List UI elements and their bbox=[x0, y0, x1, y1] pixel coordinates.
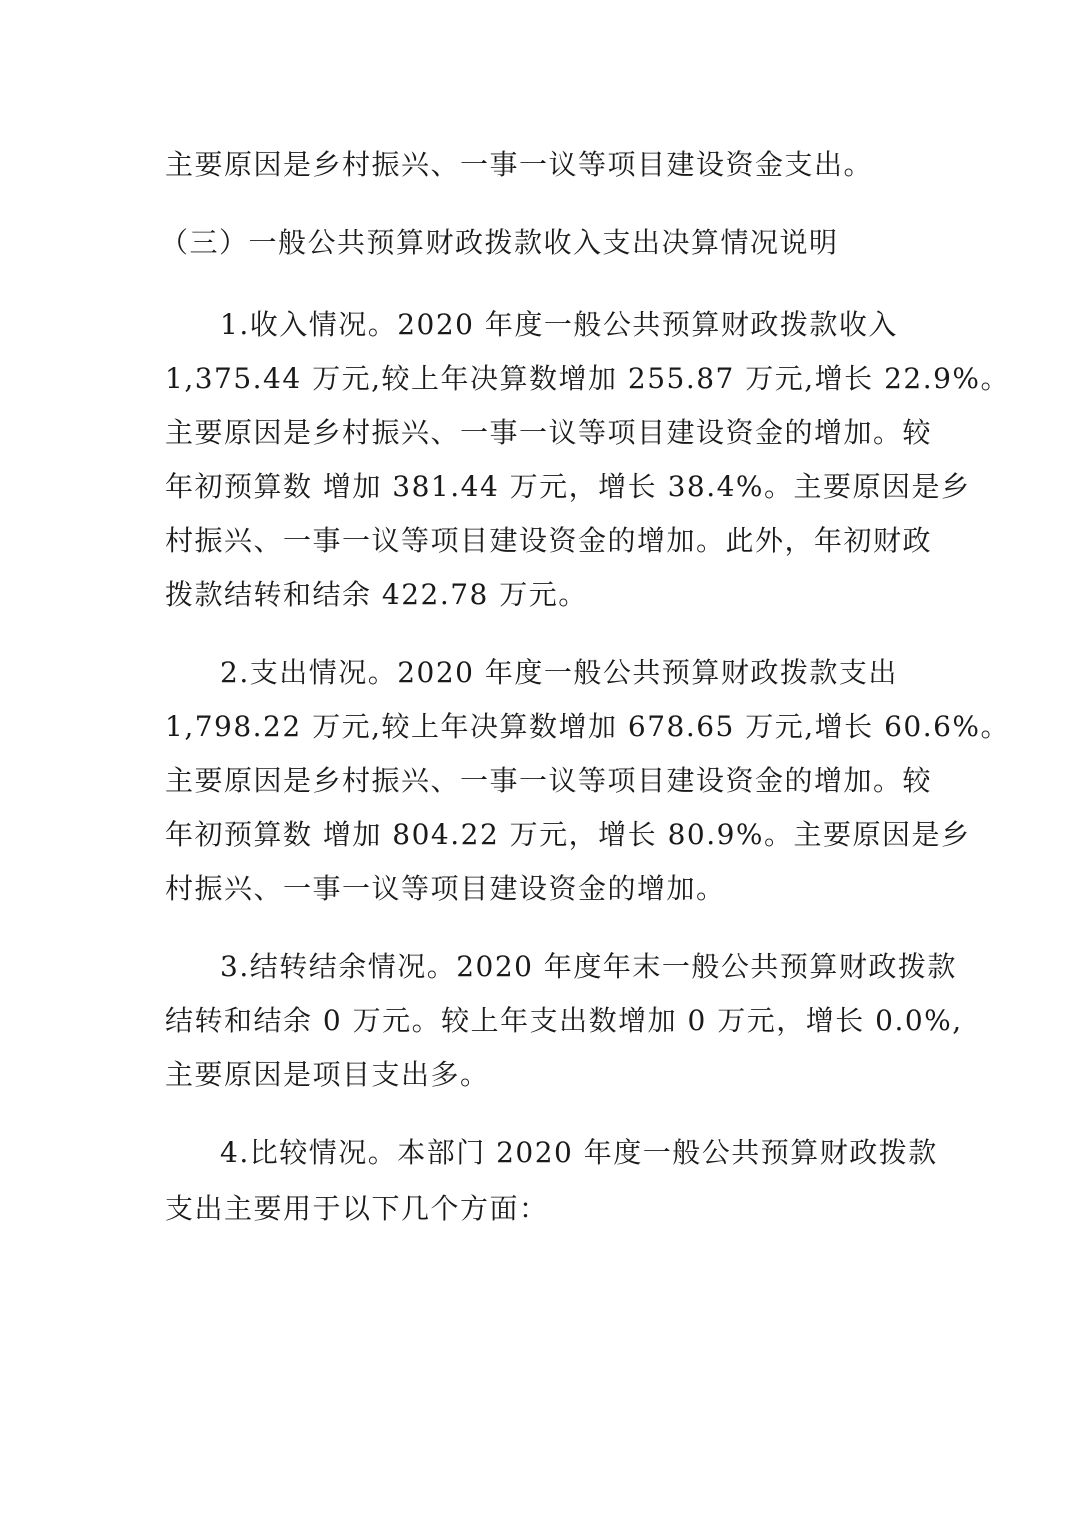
paragraph-line: 1,375.44 万元,较上年决算数增加 255.87 万元,增长 22.9%。 bbox=[165, 361, 1010, 397]
paragraph-line: 2.支出情况。2020 年度一般公共预算财政拨款支出 bbox=[220, 655, 898, 691]
paragraph-line: 1,798.22 万元,较上年决算数增加 678.65 万元,增长 60.6%。 bbox=[165, 709, 1010, 745]
paragraph-line: 1.收入情况。2020 年度一般公共预算财政拨款收入 bbox=[220, 307, 898, 343]
paragraph-line: 村振兴、一事一议等项目建设资金的增加。此外，年初财政 bbox=[165, 523, 932, 559]
paragraph-line: 年初预算数 增加 804.22 万元，增长 80.9%。主要原因是乡 bbox=[165, 817, 971, 853]
paragraph-line: 主要原因是乡村振兴、一事一议等项目建设资金的增加。较 bbox=[165, 763, 932, 799]
paragraph-line: 主要原因是项目支出多。 bbox=[165, 1057, 490, 1093]
paragraph-line: 主要原因是乡村振兴、一事一议等项目建设资金的增加。较 bbox=[165, 415, 932, 451]
paragraph-line: 3.结转结余情况。2020 年度年末一般公共预算财政拨款 bbox=[220, 949, 957, 985]
paragraph-line: 村振兴、一事一议等项目建设资金的增加。 bbox=[165, 871, 726, 907]
paragraph-line: 4.比较情况。本部门 2020 年度一般公共预算财政拨款 bbox=[220, 1135, 938, 1171]
paragraph-line: 年初预算数 增加 381.44 万元，增长 38.4%。主要原因是乡 bbox=[165, 469, 971, 505]
section-heading: （三）一般公共预算财政拨款收入支出决算情况说明 bbox=[160, 225, 839, 261]
paragraph-line: 支出主要用于以下几个方面： bbox=[165, 1191, 549, 1227]
paragraph-line: 拨款结转和结余 422.78 万元。 bbox=[165, 577, 588, 613]
paragraph-line: 结转和结余 0 万元。较上年支出数增加 0 万元，增长 0.0%, bbox=[165, 1003, 963, 1039]
paragraph-line: 主要原因是乡村振兴、一事一议等项目建设资金支出。 bbox=[165, 147, 873, 183]
